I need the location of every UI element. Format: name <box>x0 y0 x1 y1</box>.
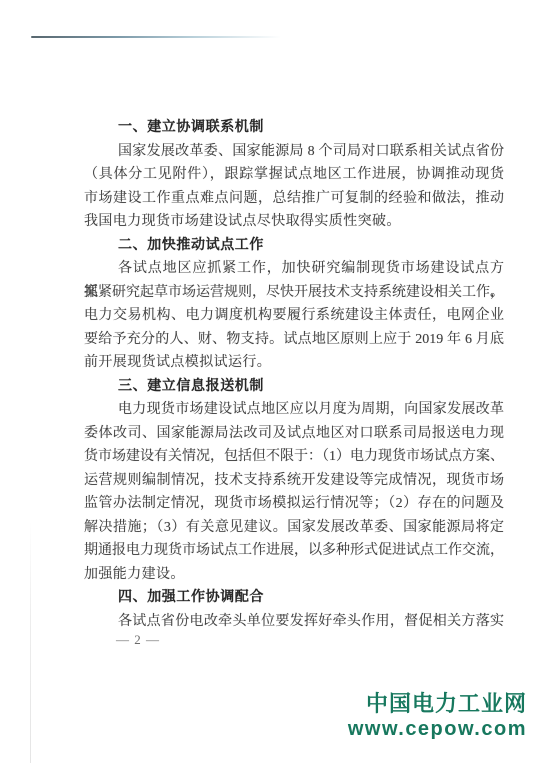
text-line: 货市场建设有关情况，包括但不限于：（1）电力现货市场试点方案、 <box>84 445 504 469</box>
text-line: 市场建设工作重点难点问题，总结推广可复制的经验和做法，推动 <box>84 187 504 211</box>
text-line: 各试点地区应抓紧工作，加快研究编制现货市场建设试点方案， <box>84 257 504 281</box>
text-line: 国家发展改革委、国家能源局 8 个司局对口联系相关试点省份 <box>84 140 504 164</box>
watermark-site-url: www.cepow.com <box>348 718 527 741</box>
watermark: 中国电力工业网 www.cepow.com <box>348 691 527 741</box>
text-line: 运营规则编制情况，技术支持系统开发建设等完成情况，现货市场 <box>84 469 504 493</box>
scanned-document-page: 一、建立协调联系机制国家发展改革委、国家能源局 8 个司局对口联系相关试点省份（… <box>0 0 540 763</box>
section-heading: 一、建立协调联系机制 <box>84 116 504 140</box>
text-line: 各试点省份电改牵头单位要发挥好牵头作用，督促相关方落实 <box>84 610 504 634</box>
top-rule-line <box>31 36 281 38</box>
document-body: 一、建立协调联系机制国家发展改革委、国家能源局 8 个司局对口联系相关试点省份（… <box>84 116 504 633</box>
watermark-site-name: 中国电力工业网 <box>348 691 527 717</box>
text-line: 抓紧研究起草市场运营规则，尽快开展技术支持系统建设相关工作。 <box>84 281 504 305</box>
text-line: （具体分工见附件），跟踪掌握试点地区工作进展，协调推动现货 <box>84 163 504 187</box>
section-heading: 二、加快推动试点工作 <box>84 234 504 258</box>
text-line: 我国电力现货市场建设试点尽快取得实质性突破。 <box>84 210 504 234</box>
text-line: 监管办法制定情况，现货市场模拟运行情况等；（2）存在的问题及 <box>84 492 504 516</box>
text-line: 前开展现货试点模拟试运行。 <box>84 351 504 375</box>
text-line: 电力现货市场建设试点地区应以月度为周期，向国家发展改革 <box>84 398 504 422</box>
text-line: 期通报电力现货市场试点工作进展，以多种形式促进试点工作交流， <box>84 539 504 563</box>
scan-edge-shadow <box>30 520 31 763</box>
page-number: — 2 — <box>116 632 160 648</box>
text-line: 委体改司、国家能源局法改司及试点地区对口联系司局报送电力现 <box>84 422 504 446</box>
text-line: 要给予充分的人、财、物支持。试点地区原则上应于 2019 年 6 月底 <box>84 328 504 352</box>
text-line: 电力交易机构、电力调度机构要履行系统建设主体责任，电网企业 <box>84 304 504 328</box>
section-heading: 四、加强工作协调配合 <box>84 586 504 610</box>
section-heading: 三、建立信息报送机制 <box>84 375 504 399</box>
text-line: 解决措施；（3）有关意见建议。国家发展改革委、国家能源局将定 <box>84 516 504 540</box>
text-line: 加强能力建设。 <box>84 563 504 587</box>
